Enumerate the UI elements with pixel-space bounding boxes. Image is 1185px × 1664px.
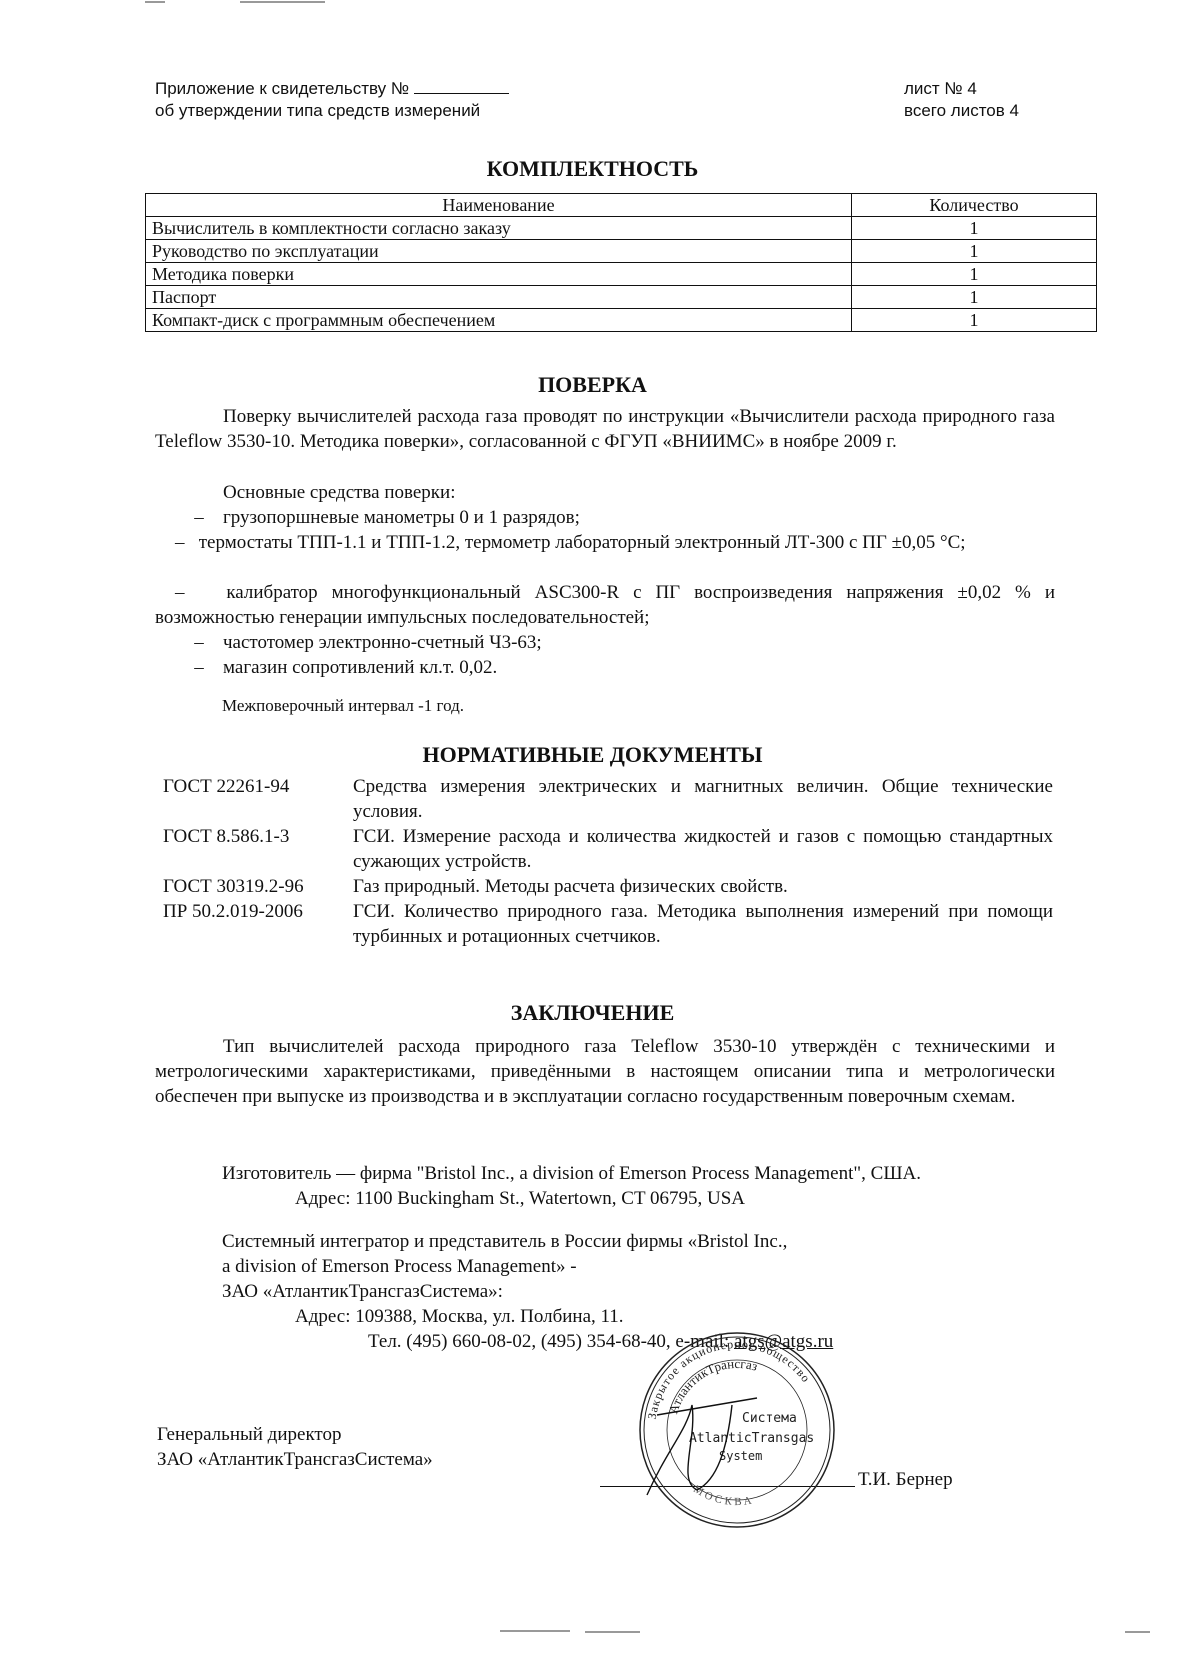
sheets-total: всего листов 4 bbox=[904, 100, 1019, 122]
normative-doc: ГОСТ 8.586.1-3 ГСИ. Измерение расхода и … bbox=[163, 824, 1063, 874]
manufacturer-line: Изготовитель — фирма "Bristol Inc., a di… bbox=[222, 1161, 921, 1186]
normative-doc: ПР 50.2.019-2006 ГСИ. Количество природн… bbox=[163, 899, 1063, 949]
normative-doc: ГОСТ 30319.2-96 Газ природный. Методы ра… bbox=[163, 874, 1063, 899]
normative-doc: ГОСТ 22261-94 Средства измерения электри… bbox=[163, 774, 1063, 824]
signatory-name: Т.И. Бернер bbox=[858, 1467, 953, 1492]
item-quantity: 1 bbox=[852, 309, 1097, 332]
table-header-row: Наименование Количество bbox=[146, 194, 1097, 217]
table-row: Руководство по эксплуатации 1 bbox=[146, 240, 1097, 263]
integrator-address: Адрес: 109388, Москва, ул. Полбина, 11. bbox=[295, 1304, 624, 1329]
scan-artifact bbox=[585, 1631, 640, 1633]
item-name: Паспорт bbox=[146, 286, 852, 309]
verification-means-item: –грузопоршневые манометры 0 и 1 разрядов… bbox=[155, 505, 1055, 530]
scan-artifact bbox=[240, 1, 325, 3]
certificate-number-blank bbox=[414, 79, 509, 94]
doc-title: ГСИ. Количество природного газа. Методик… bbox=[353, 899, 1053, 949]
manufacturer-address: Адрес: 1100 Buckingham St., Watertown, C… bbox=[295, 1186, 745, 1211]
doc-code: ГОСТ 22261-94 bbox=[163, 774, 353, 799]
header-approval-label: об утверждении типа средств измерений bbox=[155, 100, 509, 122]
scan-artifact bbox=[500, 1630, 570, 1632]
item-name: Руководство по эксплуатации bbox=[146, 240, 852, 263]
column-header-name: Наименование bbox=[146, 194, 852, 217]
completeness-table: Наименование Количество Вычислитель в ко… bbox=[145, 193, 1097, 332]
normative-title: НОРМАТИВНЫЕ ДОКУМЕНТЫ bbox=[0, 742, 1185, 768]
doc-code: ПР 50.2.019-2006 bbox=[163, 899, 353, 924]
svg-text:AtlanticTransgas: AtlanticTransgas bbox=[689, 1431, 814, 1446]
dash-marker: – bbox=[155, 505, 223, 530]
header-sheet-info: лист № 4 всего листов 4 bbox=[904, 78, 1019, 122]
sheet-number: лист № 4 bbox=[904, 78, 1019, 100]
scan-artifact bbox=[145, 1, 165, 3]
signatory-position: Генеральный директор bbox=[157, 1422, 341, 1447]
verification-means-item: –магазин сопротивлений кл.т. 0,02. bbox=[155, 655, 1055, 680]
item-quantity: 1 bbox=[852, 240, 1097, 263]
scan-artifact bbox=[1125, 1631, 1150, 1633]
header-appendix-label: Приложение к свидетельству № bbox=[155, 79, 409, 98]
company-seal-stamp: Закрытое акционерное общество АтлантикТр… bbox=[637, 1330, 837, 1530]
table-row: Паспорт 1 bbox=[146, 286, 1097, 309]
item-quantity: 1 bbox=[852, 263, 1097, 286]
doc-title: Средства измерения электрических и магни… bbox=[353, 774, 1053, 824]
item-quantity: 1 bbox=[852, 286, 1097, 309]
header-certificate-ref: Приложение к свидетельству № об утвержде… bbox=[155, 78, 509, 122]
verification-means-item: – термостаты ТПП-1.1 и ТПП-1.2, термомет… bbox=[155, 530, 1055, 555]
verification-intro: Поверку вычислителей расхода газа провод… bbox=[155, 404, 1055, 454]
document-page: Приложение к свидетельству № об утвержде… bbox=[0, 0, 1185, 1664]
verification-title: ПОВЕРКА bbox=[0, 372, 1185, 398]
verification-interval: Межповерочный интервал -1 год. bbox=[222, 693, 1122, 718]
svg-text:Система: Система bbox=[742, 1411, 797, 1426]
conclusion-text: Тип вычислителей расхода природного газа… bbox=[155, 1034, 1055, 1109]
verification-means-label: Основные средства поверки: bbox=[155, 480, 1055, 505]
verification-means-item: –частотомер электронно-счетный Ч3-63; bbox=[155, 630, 1055, 655]
conclusion-title: ЗАКЛЮЧЕНИЕ bbox=[0, 1000, 1185, 1026]
item-name: Вычислитель в комплектности согласно зак… bbox=[146, 217, 852, 240]
item-name: Методика поверки bbox=[146, 263, 852, 286]
doc-code: ГОСТ 8.586.1-3 bbox=[163, 824, 353, 849]
verification-means-item: – калибратор многофункциональный ASC300-… bbox=[155, 580, 1055, 630]
integrator-company: ЗАО «АтлантикТрансгазСистема»: bbox=[222, 1279, 503, 1304]
item-quantity: 1 bbox=[852, 217, 1097, 240]
svg-text:System: System bbox=[719, 1449, 762, 1463]
table-row: Вычислитель в комплектности согласно зак… bbox=[146, 217, 1097, 240]
item-name: Компакт-диск с программным обеспечением bbox=[146, 309, 852, 332]
integrator-line2: a division of Emerson Process Management… bbox=[222, 1254, 577, 1279]
table-row: Компакт-диск с программным обеспечением … bbox=[146, 309, 1097, 332]
table-row: Методика поверки 1 bbox=[146, 263, 1097, 286]
doc-title: Газ природный. Методы расчета физических… bbox=[353, 874, 1053, 899]
completeness-title: КОМПЛЕКТНОСТЬ bbox=[0, 156, 1185, 182]
integrator-line1: Системный интегратор и представитель в Р… bbox=[222, 1229, 787, 1254]
doc-code: ГОСТ 30319.2-96 bbox=[163, 874, 353, 899]
signatory-company: ЗАО «АтлантикТрансгазСистема» bbox=[157, 1447, 433, 1472]
column-header-quantity: Количество bbox=[852, 194, 1097, 217]
doc-title: ГСИ. Измерение расхода и количества жидк… bbox=[353, 824, 1053, 874]
